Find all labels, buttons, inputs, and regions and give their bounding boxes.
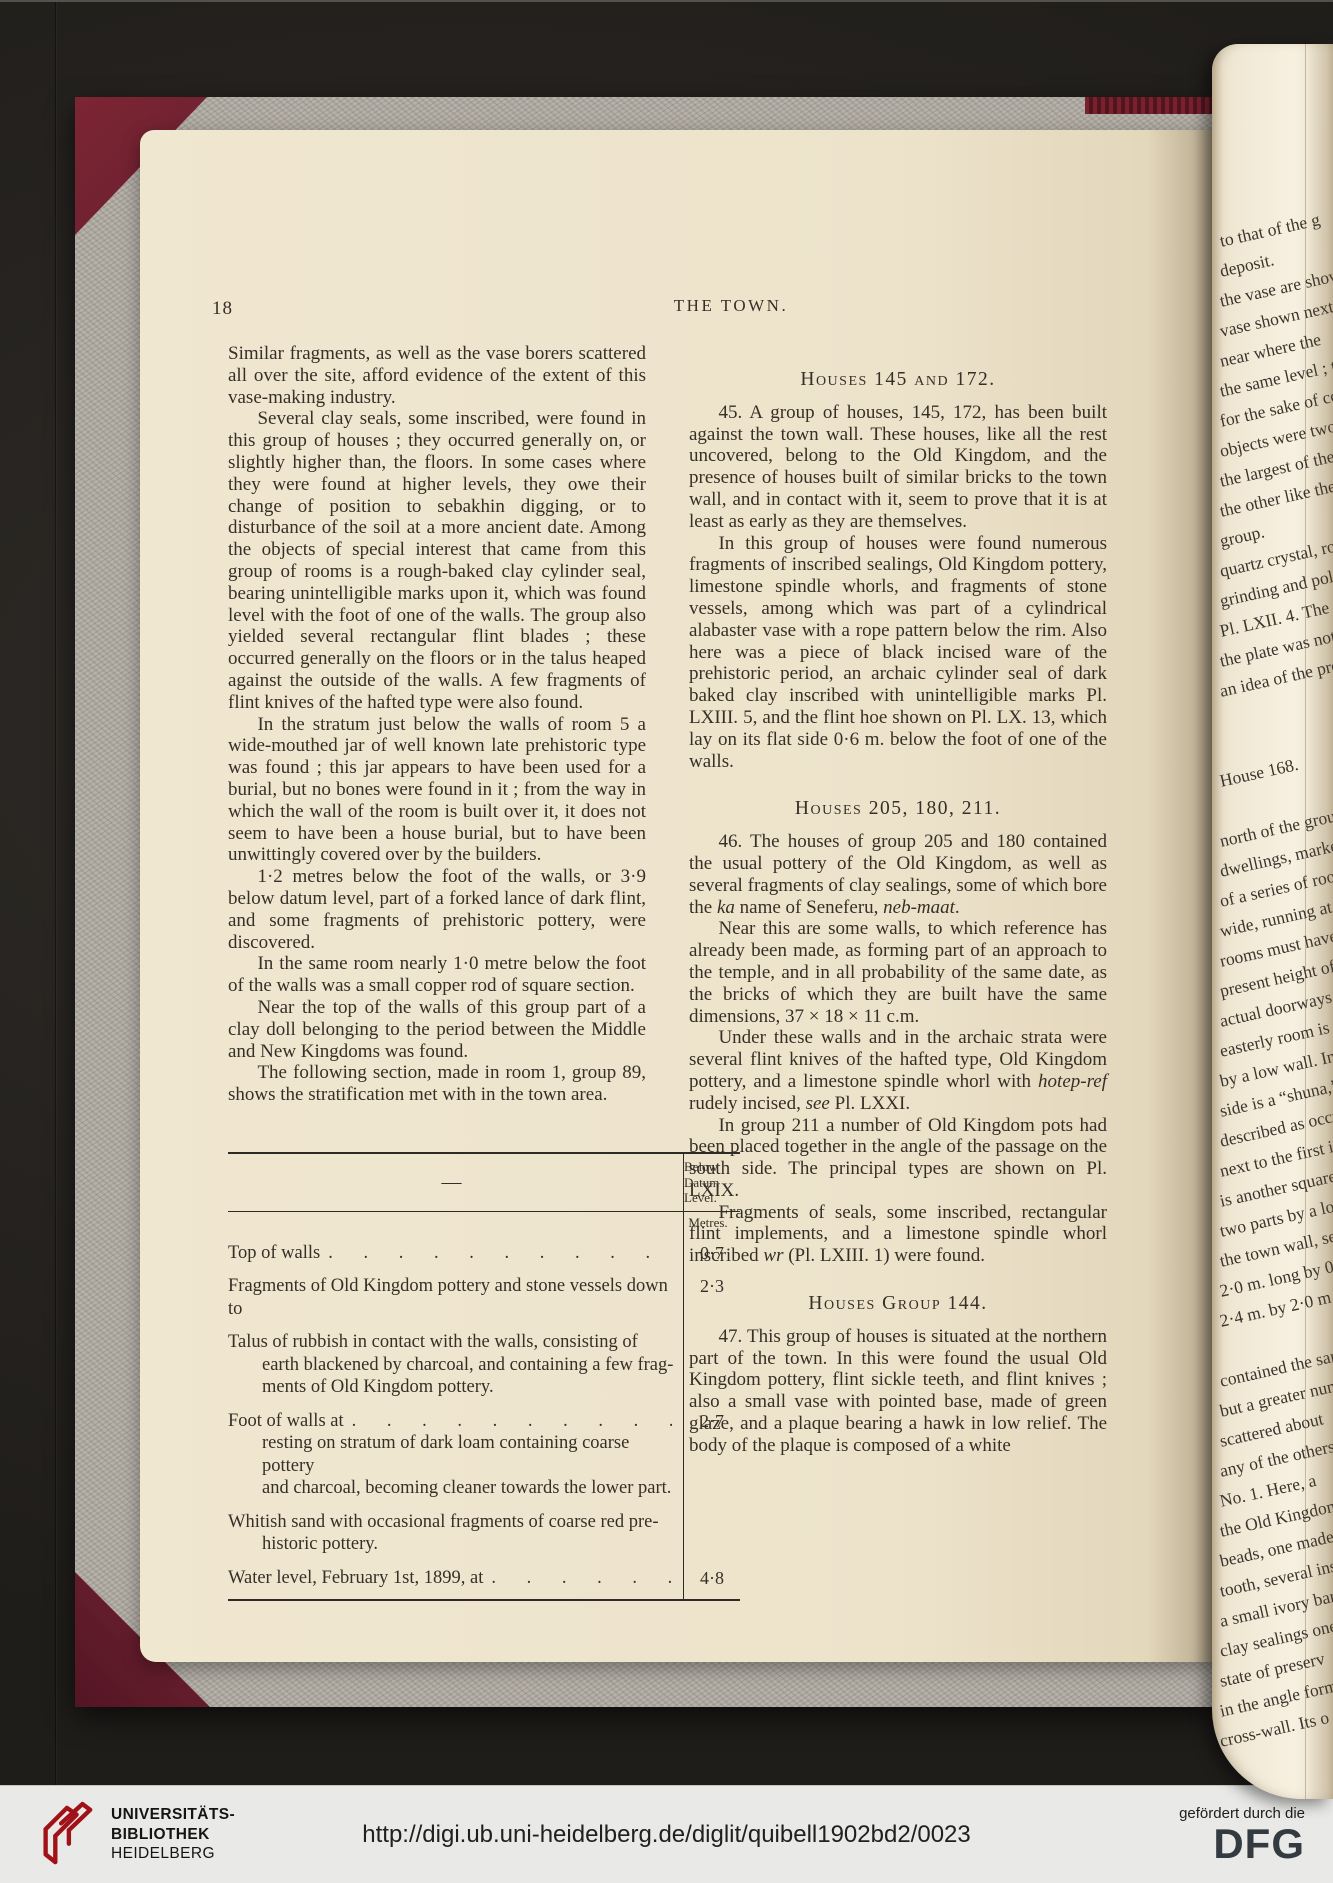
leather-spine-strip — [1085, 97, 1218, 114]
paragraph: Similar fragments, as well as the vase b… — [228, 343, 646, 408]
table-header-row: — Below Datum Level. — [228, 1154, 740, 1212]
paragraph: 45. A group of houses, 145, 172, has bee… — [689, 402, 1107, 533]
table-row-description: Top of walls. . . . . . . . . . — [228, 1242, 684, 1265]
table-row-continuation: resting on stratum of dark loam containi… — [228, 1432, 676, 1477]
table-row-description: Foot of walls at. . . . . . . . . .resti… — [228, 1410, 684, 1500]
table-row: Foot of walls at. . . . . . . . . .resti… — [228, 1410, 740, 1500]
table-header-below-datum-level: Below Datum Level. — [675, 1154, 740, 1211]
table-row: Water level, February 1st, 1899, at. . .… — [228, 1567, 740, 1590]
table-row: Talus of rubbish in contact with the wal… — [228, 1331, 740, 1399]
running-head: THE TOWN. — [674, 296, 788, 316]
table-row-value — [684, 1511, 740, 1556]
paragraph: 46. The houses of group 205 and 180 cont… — [689, 831, 1107, 918]
paragraph: In this group of houses were found numer… — [689, 533, 1107, 773]
document-url: http://digi.ub.uni-heidelberg.de/diglit/… — [362, 1821, 970, 1849]
paragraph: Near the top of the walls of this group … — [228, 997, 646, 1062]
table-row-text: Foot of walls at — [228, 1410, 344, 1433]
table-header-dash: — — [228, 1171, 675, 1194]
table-unit-label: Metres. — [676, 1212, 740, 1231]
table-row-value: 4·8 — [684, 1567, 740, 1590]
library-name-line2: BIBLIOTHEK — [111, 1825, 235, 1845]
table-row-continuation: earth blackened by charcoal, and contain… — [228, 1354, 676, 1377]
library-name: UNIVERSITÄTS- BIBLIOTHEK HEIDELBERG — [111, 1805, 235, 1864]
paragraph: 47. This group of houses is situated at … — [689, 1326, 1107, 1457]
table-row-description: Fragments of Old Kingdom pottery and sto… — [228, 1275, 684, 1320]
table-vertical-rule — [683, 1154, 685, 1599]
scan-viewport: 18 THE TOWN. Similar fragments, as well … — [0, 0, 1333, 1788]
paragraph: In group 211 a number of Old Kingdom pot… — [689, 1115, 1107, 1202]
viewer-footer: UNIVERSITÄTS- BIBLIOTHEK HEIDELBERG http… — [0, 1785, 1333, 1883]
table-row-text: Top of walls — [228, 1242, 320, 1265]
paragraph: Several clay seals, some inscribed, were… — [228, 408, 646, 713]
table-row-description: Whitish sand with occasional fragments o… — [228, 1511, 684, 1556]
table-row-description: Water level, February 1st, 1899, at. . .… — [228, 1567, 684, 1590]
table-row-continuation: historic pottery. — [228, 1533, 676, 1556]
dfg-logo: DFG — [1179, 1823, 1305, 1865]
paragraph: 1·2 metres below the foot of the walls, … — [228, 866, 646, 953]
book-page-right-curled: to that of the gdeposit.the vase are sho… — [1212, 44, 1333, 1799]
right-text-column: Houses 145 and 172.45. A group of houses… — [689, 343, 1107, 1457]
dot-leader: . . . . . . . . . . — [328, 1242, 672, 1265]
page-number: 18 — [212, 298, 233, 320]
table-row-value: 0·7 — [684, 1242, 740, 1265]
library-name-line1: UNIVERSITÄTS- — [111, 1805, 235, 1825]
book-page-left: 18 THE TOWN. Similar fragments, as well … — [140, 130, 1218, 1662]
section-heading: Houses 145 and 172. — [689, 369, 1107, 391]
library-branding: UNIVERSITÄTS- BIBLIOTHEK HEIDELBERG — [34, 1800, 235, 1870]
paragraph: Fragments of seals, some inscribed, rect… — [689, 1202, 1107, 1267]
table-row: Whitish sand with occasional fragments o… — [228, 1511, 740, 1556]
paragraph: The following section, made in room 1, g… — [228, 1062, 646, 1106]
table-row-value — [684, 1331, 740, 1399]
funding-note: gefördert durch die — [1179, 1805, 1305, 1822]
page-stack-edge — [1305, 44, 1333, 1799]
background-crease — [55, 2, 56, 1788]
paragraph: Near this are some walls, to which refer… — [689, 918, 1107, 1027]
table-row-continuation: ments of Old Kingdom pottery. — [228, 1376, 676, 1399]
paragraph: Under these walls and in the archaic str… — [689, 1027, 1107, 1114]
stratification-table: — Below Datum Level. Metres. Top of wall… — [228, 1152, 740, 1601]
table-row: Fragments of Old Kingdom pottery and sto… — [228, 1275, 740, 1320]
table-row-text: Water level, February 1st, 1899, at — [228, 1567, 483, 1590]
gutter-shadow — [1148, 130, 1218, 1662]
table-row: Top of walls. . . . . . . . . .0·7 — [228, 1242, 740, 1265]
left-text-column: Similar fragments, as well as the vase b… — [228, 343, 646, 1106]
table-row-text: Fragments of Old Kingdom pottery and sto… — [228, 1275, 676, 1320]
dot-leader: . . . . . . . . . . — [491, 1567, 672, 1590]
library-name-line3: HEIDELBERG — [111, 1844, 235, 1864]
ub-heidelberg-logo — [34, 1800, 96, 1870]
table-row-text: Talus of rubbish in contact with the wal… — [228, 1331, 638, 1354]
paragraph: In the stratum just below the walls of r… — [228, 714, 646, 867]
table-rows: Top of walls. . . . . . . . . .0·7Fragme… — [228, 1242, 740, 1590]
paragraph: In the same room nearly 1·0 metre below … — [228, 953, 646, 997]
table-row-value: 2·3 — [684, 1275, 740, 1320]
table-row-description: Talus of rubbish in contact with the wal… — [228, 1331, 684, 1399]
dot-leader: . . . . . . . . . . — [352, 1410, 672, 1433]
table-row-value: 2·7 — [684, 1410, 740, 1500]
table-row-continuation: and charcoal, becoming cleaner towards t… — [228, 1477, 676, 1500]
section-heading: Houses Group 144. — [689, 1293, 1107, 1315]
section-heading: Houses 205, 180, 211. — [689, 798, 1107, 820]
dfg-funding-block: gefördert durch die DFG — [1179, 1805, 1305, 1865]
table-row-text: Whitish sand with occasional fragments o… — [228, 1511, 659, 1534]
